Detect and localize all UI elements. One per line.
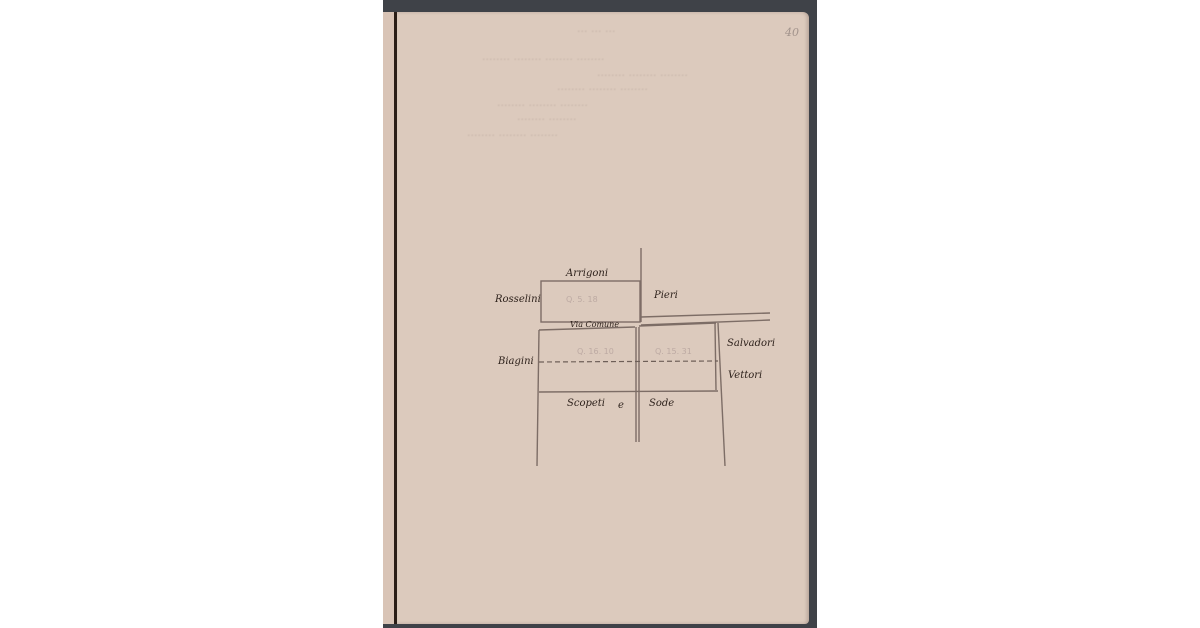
parcel-id: Q. 5. 18	[566, 295, 598, 304]
parcel-id: Q. 16. 10	[577, 347, 614, 356]
neighbor-label-west-upper: Rosselini	[495, 294, 541, 305]
neighbor-label-east-upper: Pieri	[654, 290, 678, 301]
bottom-label-left: Scopeti	[567, 398, 605, 409]
neighbor-label-east-lower-1: Salvadori	[727, 338, 775, 349]
neighbor-label-east-lower-2: Vettori	[728, 370, 762, 381]
faint-header-line: ... ... ...	[577, 22, 615, 35]
folio-number: 40	[785, 26, 799, 39]
bottom-label-mid: e	[618, 400, 624, 411]
parcel-id: Q. 15. 31	[655, 347, 692, 356]
neighbor-label-west-lower: Biagini	[498, 356, 534, 367]
faint-header-line: ........ ........ ........	[497, 96, 588, 109]
faint-header-line: ........ ........ ........	[467, 126, 558, 139]
bottom-label-right: Sode	[649, 398, 674, 409]
faint-header-line: ........ ........ ........ ........	[482, 50, 604, 63]
faint-header-line: ........ ........ ........	[597, 66, 688, 79]
neighbor-label-north: Arrigoni	[566, 268, 608, 279]
road-label: Via Comune	[570, 320, 619, 329]
manuscript-page: 40 ... ... ... ........ ........ .......…	[397, 12, 809, 624]
faint-header-line: ........ ........ ........	[557, 80, 648, 93]
faint-header-line: ........ ........	[517, 110, 576, 123]
